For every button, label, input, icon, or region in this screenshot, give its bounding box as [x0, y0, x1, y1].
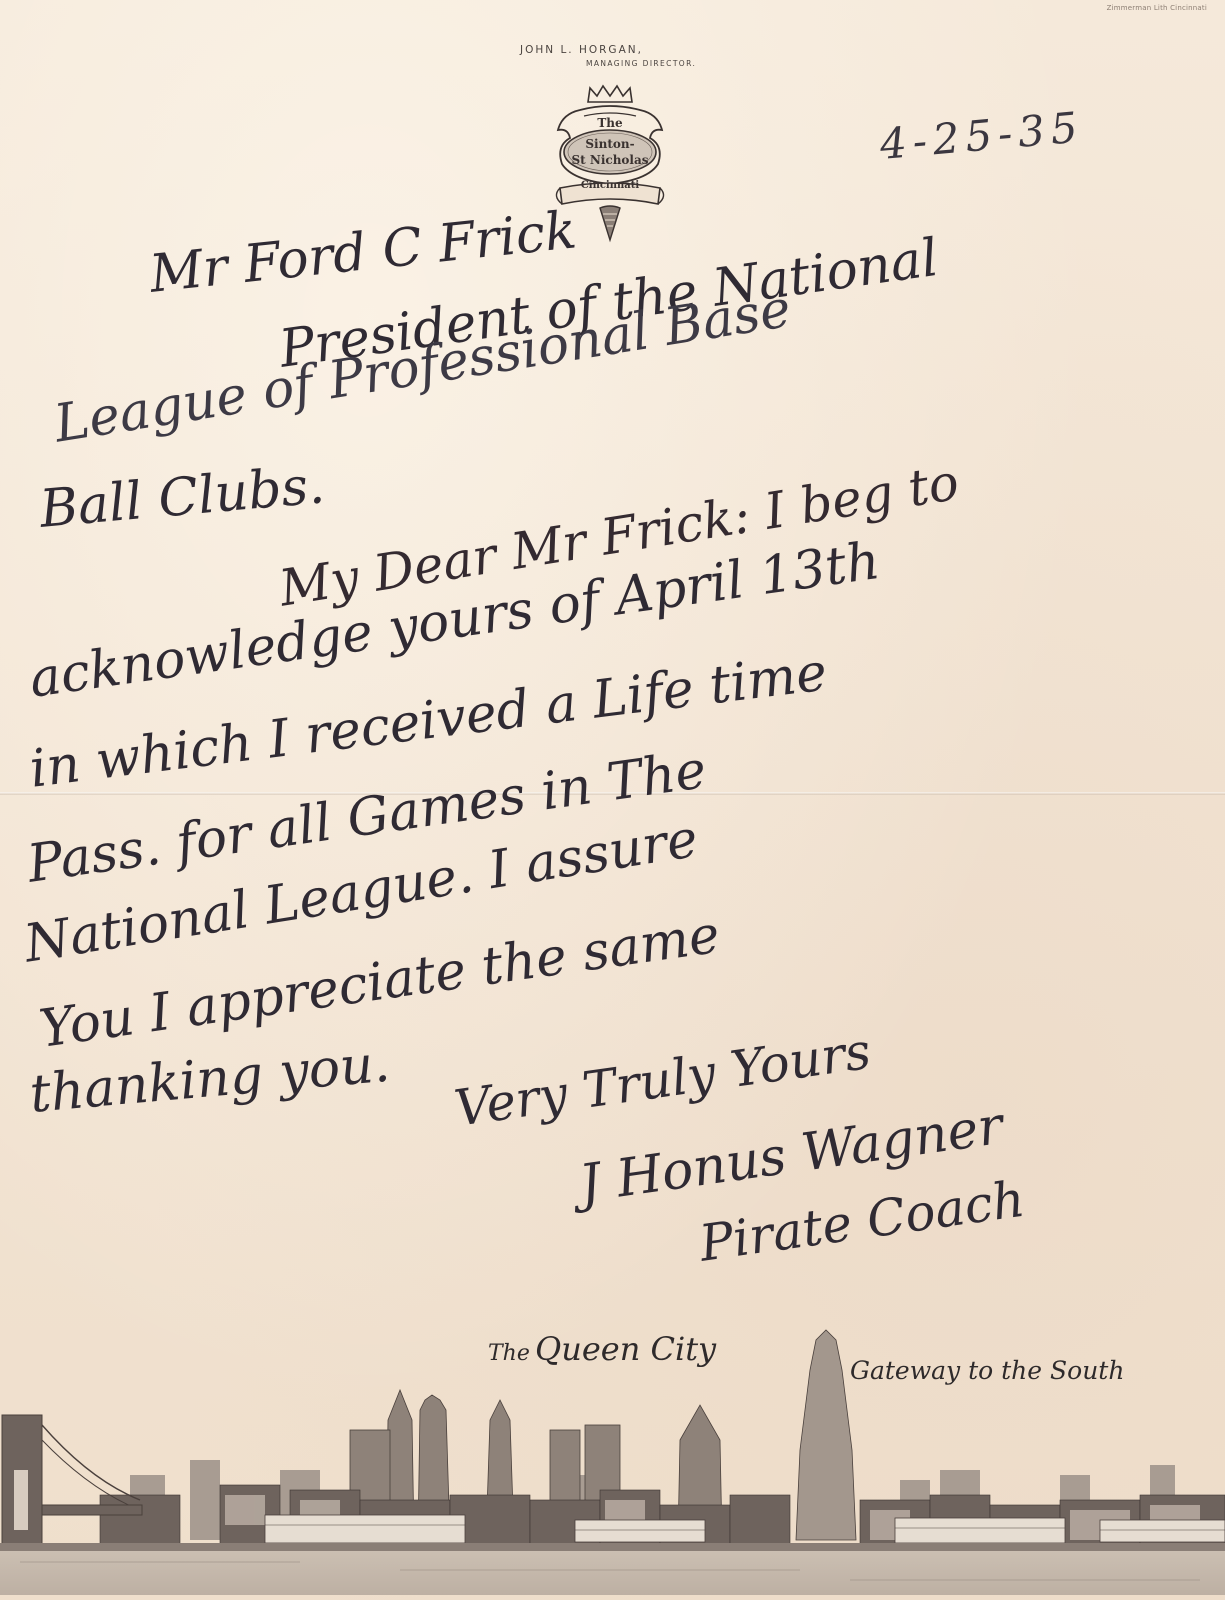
crest-line-the: The: [540, 116, 680, 130]
footer-tagline: Gateway to the South: [850, 1356, 1124, 1385]
crest-line-st-nicholas: St Nicholas: [540, 153, 680, 167]
printer-credit: Zimmerman Lith Cincinnati: [1107, 4, 1207, 12]
footer-queen-city-logo: The Queen City: [488, 1330, 716, 1368]
crest-banner-cincinnati: Cincinnati: [540, 180, 680, 191]
footer-queen-city: Queen City: [535, 1330, 716, 1368]
crest-line-sinton: Sinton-: [540, 137, 680, 151]
footer-the: The: [488, 1341, 530, 1366]
letterhead-director-name: JOHN L. HORGAN,: [520, 44, 643, 56]
letterhead-director-title: MANAGING DIRECTOR.: [586, 59, 696, 68]
